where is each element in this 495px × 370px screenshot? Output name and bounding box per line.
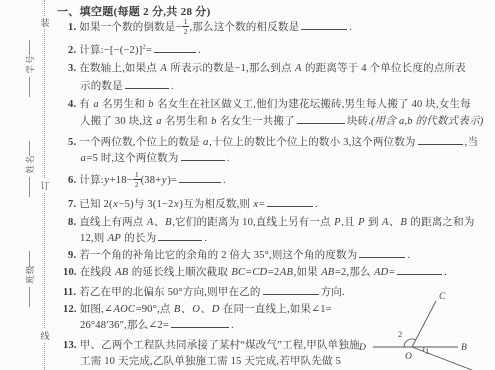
question-number: 8. [68,217,76,228]
question-line: 5.一个两位数,个位上的数是 a,十位上的数比个位上的数小 3,这个两位数为,当 [68,134,478,149]
question-line: 10.在线段 AB 的延长线上顺次截取 BC=CD=2AB,如果 AB=2,那么… [68,264,447,279]
question-line: 人搬了 30 块,这 a 名男生和 b 名女生一共搬了块砖.(用含 a,b 的代… [68,113,483,128]
question-text: 计算:−[−(−2)]2=. [79,45,201,56]
question-line: 11.若乙在甲的北偏东 50°方向,则甲在乙的方向. [68,284,345,299]
student-id-label: 学号 [24,54,36,74]
question-number: 11. [63,287,76,298]
binding-char-xian: 线 [38,329,52,342]
section-title: 一、填空题(每题 2 分,共 28 分) [57,3,211,19]
question-line: 示的数是. [68,78,174,93]
question-number: 2. [68,45,76,56]
blank-line [154,43,196,53]
student-id-rule-top [29,40,30,55]
blank-line [181,151,225,161]
question-number: 1. [68,22,76,33]
figure-label-D: D [358,343,366,353]
question-text: 若一个角的补角比它的余角的 2 倍大 35°,则这个角的度数为. [79,250,410,261]
blank-line [125,79,169,89]
question-number: 12. [63,304,77,315]
question-text: 一个两位数,个位上的数是 a,十位上的数比个位上的数小 3,这个两位数为,当 [79,137,478,148]
question-line: 2.计算:−[−(−2)]2=. [68,42,201,57]
question-text: 26°48′36″,那么∠2=. [80,320,234,331]
question-line: 工需 10 天完成,乙队单独施工需 15 天完成,若甲队先做 5 [68,353,341,368]
question-line: 4.有 a 名男生和 b 名女生在社区做义工,他们为建花坛搬砖,男生每人搬了 4… [68,96,471,111]
blank-line [297,114,345,124]
question-line: 3.在数轴上,如果点 A 所表示的数是−1,那么到点 A 的距离等于 4 个单位… [68,60,466,75]
blank-line [179,173,221,183]
question-line: 8.直线上有两点 A、B,它们的距离为 10,直线上另有一点 P,且 P 到 A… [68,214,475,229]
question-text: 直线上有两点 A、B,它们的距离为 10,直线上另有一点 P,且 P 到 A、B… [79,217,474,228]
question-number: 4. [68,99,76,110]
blank-line [171,318,229,328]
question-line: 26°48′36″,那么∠2=. [68,317,234,332]
question-text: 计算:y+18−12(38+y)=. [79,175,226,186]
question-line: 12,则 AP 的长为. [68,230,207,245]
question-text: 12,则 AP 的长为. [80,233,207,244]
question-text: 工需 10 天完成,乙队单独施工需 15 天完成,若甲队先做 5 [80,356,341,367]
blank-line [397,265,442,275]
question-line: 7.已知 2(x−5)与 3(1−2x)互为相反数,则 x=. [68,196,318,211]
question-number: 6. [68,175,76,186]
binding-char-ding: 订 [38,179,52,192]
ray-OC [412,301,436,347]
angle-figure: C D B O 2 1 [355,288,495,370]
question-text: 如果一个数的倒数是−12,那么这个数的相反数是. [79,22,352,33]
question-text: 已知 2(x−5)与 3(1−2x)互为相反数,则 x=. [79,199,317,210]
figure-label-angle1: 1 [425,346,429,356]
question-number: 7. [68,199,76,210]
question-text: a=5 时,这个两位数为. [80,153,229,164]
student-id-rule-bottom [29,77,30,97]
question-number: 13. [63,340,77,351]
student-class-rule-bottom [29,287,30,307]
question-line: 13.甲、乙两个工程队共同承接了某村“煤改气”工程,甲队单独施 [68,337,360,352]
question-text: 人搬了 30 块,这 a 名男生和 b 名女生一共搬了块砖.(用含 a,b 的代… [80,116,483,127]
figure-label-C: C [439,292,446,302]
question-text: 若乙在甲的北偏东 50°方向,则甲在乙的方向. [79,287,345,298]
student-class-label: 班级 [24,264,36,284]
blank-line [263,285,319,295]
question-number: 10. [63,267,77,278]
question-text: 在线段 AB 的延长线上顺次截取 BC=CD=2AB,如果 AB=2,那么 AD… [80,267,447,278]
question-text: 有 a 名男生和 b 名女生在社区做义工,他们为建花坛搬砖,男生每人搬了 40 … [79,99,471,110]
question-number: 9. [68,250,76,261]
exam-page: { "header": { "title": "一、填空题(每题 2 分,共 2… [0,0,495,370]
figure-label-angle2: 2 [398,329,402,339]
figure-label-O: O [405,352,412,362]
figure-label-B: B [461,343,467,353]
blank-line [267,197,313,207]
question-text: 如图,∠AOC=90°,点 B、O、D 在同一直线上,如果∠1= [80,304,332,315]
question-line: 6.计算:y+18−12(38+y)=. [68,171,226,189]
student-name-label: 姓名 [24,154,36,174]
blank-line [158,231,202,241]
angle-1-arc [423,347,424,351]
question-number: 5. [68,137,76,148]
binding-char-zhuang: 装 [38,16,52,29]
blank-line [359,248,405,258]
question-line: 1.如果一个数的倒数是−12,那么这个数的相反数是. [68,18,352,36]
question-line: a=5 时,这个两位数为. [68,150,229,165]
question-line: 9.若一个角的补角比它的余角的 2 倍大 35°,则这个角的度数为. [68,247,410,262]
question-text: 甲、乙两个工程队共同承接了某村“煤改气”工程,甲队单独施 [80,340,360,351]
question-number: 3. [68,63,76,74]
blank-line [301,20,347,30]
blank-line [418,135,463,145]
student-name-rule-bottom [29,177,30,197]
question-line: 12.如图,∠AOC=90°,点 B、O、D 在同一直线上,如果∠1= [68,301,332,316]
question-text: 在数轴上,如果点 A 所表示的数是−1,那么到点 A 的距离等于 4 个单位长度… [79,63,466,74]
question-text: 示的数是. [80,81,174,92]
